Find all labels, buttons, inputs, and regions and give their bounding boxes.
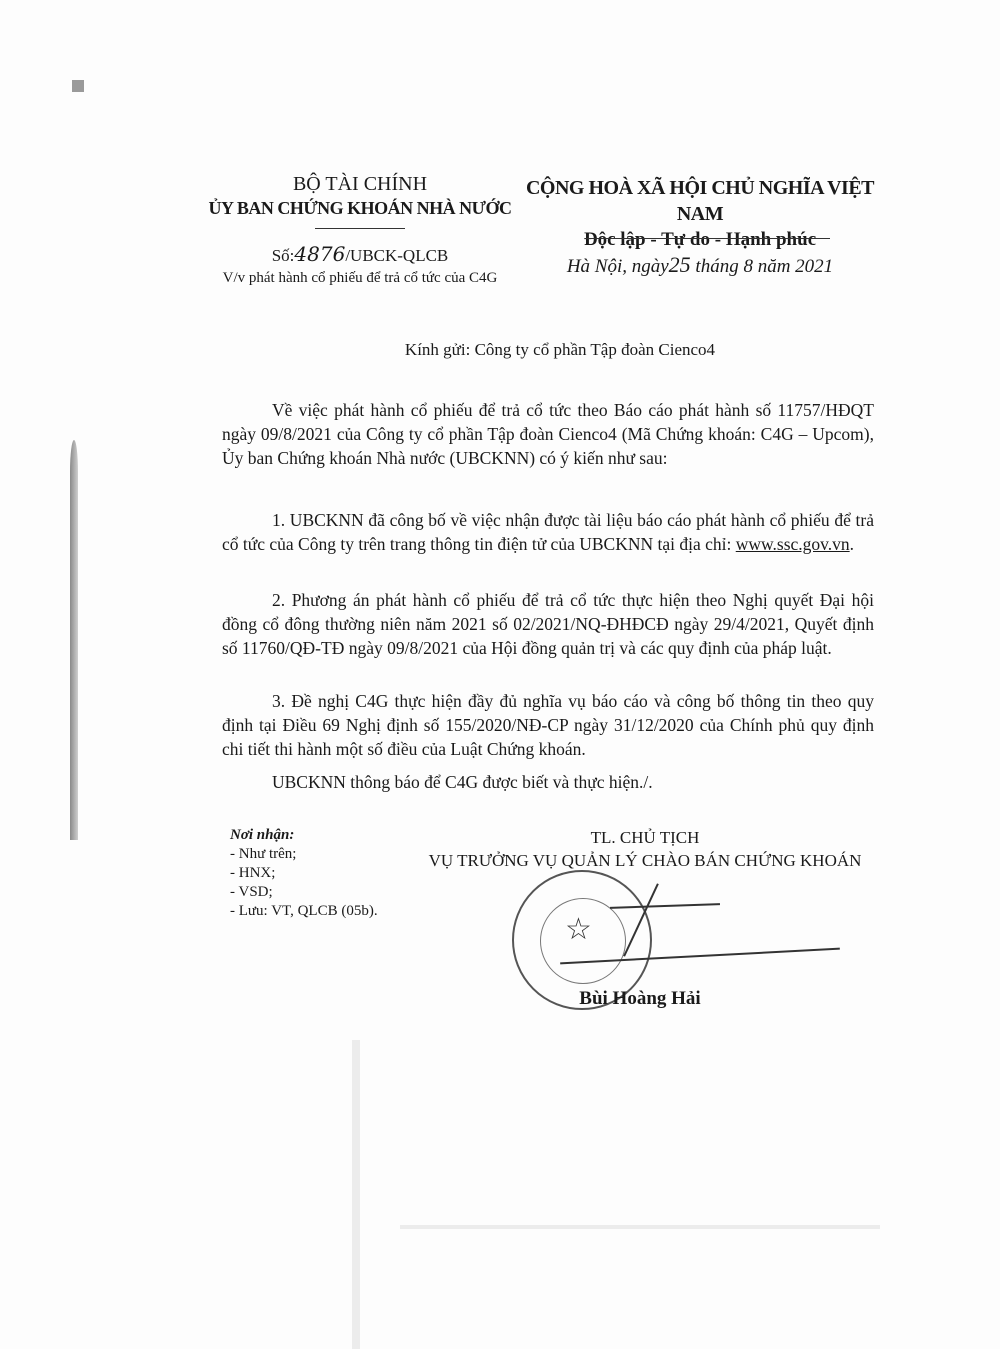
scan-artifact-mark (72, 80, 84, 92)
star-icon: ☆ (565, 912, 592, 947)
nation-header: CỘNG HOÀ XÃ HỘI CHỦ NGHĨA VIỆT NAM Độc l… (505, 175, 895, 253)
committee-name: ỦY BAN CHỨNG KHOÁN NHÀ NƯỚC (200, 196, 520, 220)
recipients-list: Nơi nhận: Như trên; HNX; VSD; Lưu: VT, Q… (230, 826, 378, 921)
on-behalf-title: TL. CHỦ TỊCH (410, 826, 880, 849)
national-motto: Độc lập - Tự do - Hạnh phúc (505, 227, 895, 253)
signature-block: TL. CHỦ TỊCH VỤ TRƯỞNG VỤ QUẢN LÝ CHÀO B… (410, 826, 880, 872)
recipient-item: Như trên; (230, 845, 378, 864)
ministry-name: BỘ TÀI CHÍNH (200, 172, 520, 196)
nation-name: CỘNG HOÀ XÃ HỘI CHỦ NGHĨA VIỆT NAM (505, 175, 895, 227)
body-closing: UBCKNN thông báo để C4G được biết và thự… (222, 770, 874, 794)
body-item-2: 2. Phương án phát hành cổ phiếu để trả c… (222, 588, 874, 660)
ssc-website-link[interactable]: www.ssc.gov.vn (736, 534, 850, 554)
scan-artifact-streak (70, 440, 78, 840)
recipient-item: VSD; (230, 883, 378, 902)
document-number: Số:4876/UBCK-QLCB (200, 242, 520, 266)
document-subject: V/v phát hành cổ phiếu để trả cổ tức của… (205, 268, 515, 288)
document-date: Hà Nội, ngày25 tháng 8 năm 2021 (505, 252, 895, 278)
signer-position: VỤ TRƯỞNG VỤ QUẢN LÝ CHÀO BÁN CHỨNG KHOÁ… (410, 849, 880, 872)
body-intro: Về việc phát hành cổ phiếu để trả cổ tức… (222, 398, 874, 470)
recipient-line: Kính gửi: Công ty cổ phần Tập đoàn Cienc… (220, 340, 900, 360)
scan-artifact-line (400, 1225, 880, 1229)
scan-artifact-faint (352, 1040, 360, 1349)
recipient-item: HNX; (230, 864, 378, 883)
body-item-3: 3. Đề nghị C4G thực hiện đầy đủ nghĩa vụ… (222, 689, 874, 761)
handwritten-number: 4876 (294, 242, 345, 266)
signer-name: Bùi Hoàng Hải (540, 988, 740, 1010)
header-rule-right (585, 238, 830, 239)
header-rule-left (315, 228, 405, 229)
recipients-title: Nơi nhận: (230, 826, 378, 845)
handwritten-day: 25 (669, 252, 691, 277)
recipient-item: Lưu: VT, QLCB (05b). (230, 902, 378, 921)
issuer-header: BỘ TÀI CHÍNH ỦY BAN CHỨNG KHOÁN NHÀ NƯỚC (200, 172, 520, 220)
body-item-1: 1. UBCKNN đã công bố về việc nhận được t… (222, 508, 874, 556)
